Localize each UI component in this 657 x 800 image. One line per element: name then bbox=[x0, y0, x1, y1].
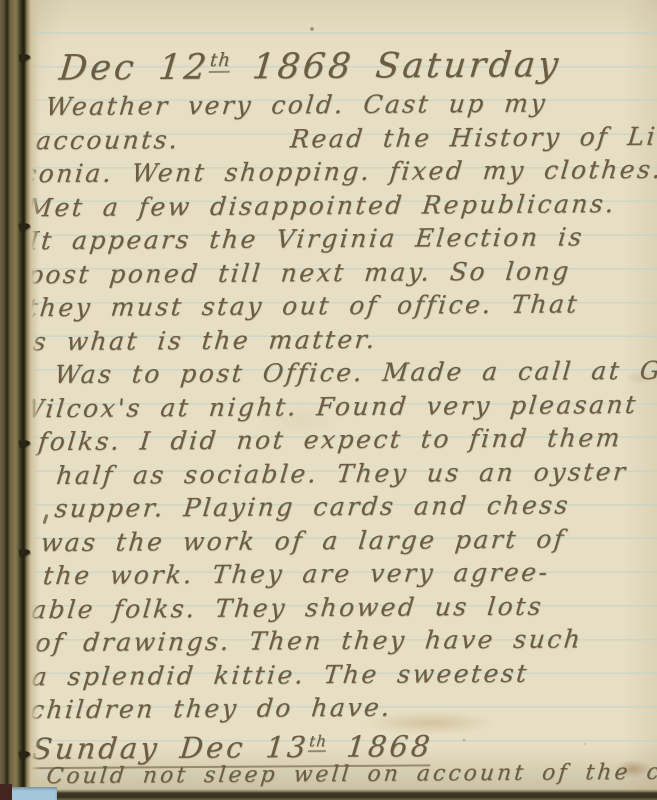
handwriting-text: half as sociable. They us an oyster bbox=[55, 455, 629, 493]
handwriting-line: Wilcox's at night. Found very pleasant bbox=[18, 387, 655, 425]
handwriting-line: a splendid kittie. The sweetest bbox=[32, 655, 657, 693]
handwriting-line: able folks. They showed us lots bbox=[31, 588, 656, 626]
handwriting-text: was the work of a large part of bbox=[39, 522, 567, 559]
handwriting-text: Weather very cold. Cast up my bbox=[44, 87, 549, 124]
handwriting-line: folks. I did not expect to find them bbox=[38, 421, 655, 459]
handwriting-text: 's what is the matter. bbox=[22, 322, 379, 358]
handwriting-text: Wilcox's at night. Found very pleasant bbox=[16, 387, 639, 425]
handwriting-line: was the work of a large part of bbox=[41, 521, 656, 559]
handwriting-text: Could not sleep well on account of the c… bbox=[45, 755, 657, 793]
handwriting-text: Was to post Office. Made a call at Gen. bbox=[53, 353, 657, 391]
handwriting-lines: Dec 12th 1868 SaturdayWeather very cold.… bbox=[33, 30, 657, 794]
notebook-binding bbox=[0, 0, 40, 800]
handwriting-line: children they do have. bbox=[30, 689, 657, 727]
handwriting-text: the work. They are very agree- bbox=[41, 556, 551, 593]
handwriting-line: Sunday Dec 13th 1868 bbox=[32, 722, 657, 760]
handwriting-line: 's what is the matter. bbox=[23, 320, 654, 358]
handwriting-text: folks. I did not expect to find them bbox=[37, 421, 624, 459]
handwriting-line: conia. Went shopping. fixed my clothes. bbox=[22, 153, 653, 191]
handwriting-line: they must stay out of office. That bbox=[27, 287, 654, 325]
handwriting-line: supper. Playing cards and chess bbox=[55, 488, 656, 526]
handwriting-text: they must stay out of office. That bbox=[26, 287, 581, 324]
underlying-page-blue-edge bbox=[7, 787, 57, 800]
handwriting-line: half as sociable. They us an oyster bbox=[56, 454, 655, 492]
handwriting-text: accounts. Read the History of Lith- bbox=[34, 119, 657, 157]
cover-corner bbox=[0, 784, 12, 800]
handwriting-text: conia. Went shopping. fixed my clothes. bbox=[21, 153, 657, 191]
handwriting-text: It appears the Virginia Election is bbox=[27, 220, 585, 257]
handwriting-line: accounts. Read the History of Lith- bbox=[36, 119, 653, 157]
handwriting-line: of drawings. Then they have such bbox=[35, 622, 656, 660]
handwriting-text: Met a few disappointed Republicans. bbox=[25, 187, 618, 225]
handwriting-line: Could not sleep well on account of the c… bbox=[46, 756, 657, 794]
handwriting-line: Met a few disappointed Republicans. bbox=[26, 186, 653, 224]
handwriting-text: supper. Playing cards and chess bbox=[53, 488, 572, 525]
handwriting-line: the work. They are very agree- bbox=[43, 555, 656, 593]
handwriting-text: a splendid kittie. The sweetest bbox=[30, 656, 530, 693]
handwriting-line: post poned till next may. So long bbox=[27, 253, 654, 291]
handwriting-line: It appears the Virginia Election is bbox=[29, 220, 654, 258]
handwriting-text: of drawings. Then they have such bbox=[34, 622, 584, 659]
handwriting-text: able folks. They showed us lots bbox=[30, 589, 545, 626]
diary-page-scan: Dec 12th 1868 SaturdayWeather very cold.… bbox=[0, 0, 657, 800]
handwriting-text: post poned till next may. So long bbox=[25, 254, 572, 291]
page-bottom-edge bbox=[48, 789, 657, 800]
handwriting-line: Was to post Office. Made a call at Gen. bbox=[55, 354, 655, 392]
handwriting-line: Dec 12th 1868 Saturday bbox=[59, 30, 652, 90]
handwriting-line: Weather very cold. Cast up my bbox=[46, 86, 653, 124]
handwriting-text: children they do have. bbox=[28, 691, 393, 727]
